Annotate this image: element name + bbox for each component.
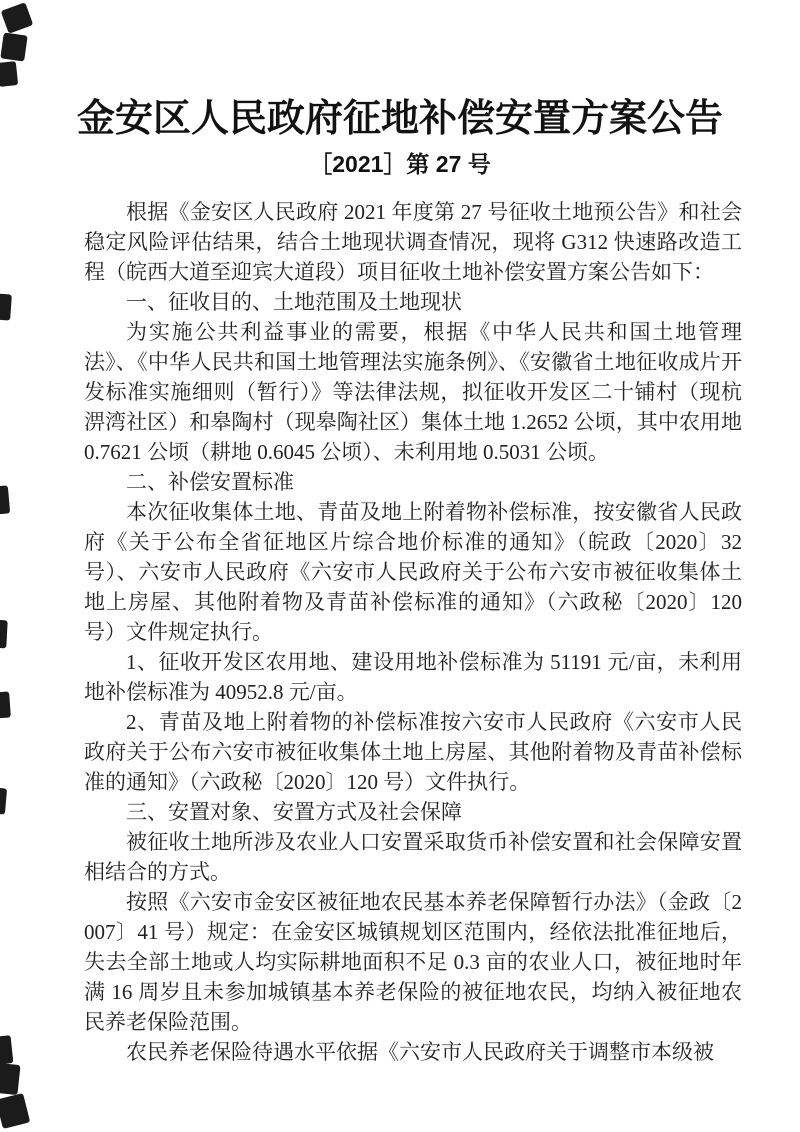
- section-3-heading: 三、安置对象、安置方式及社会保障: [84, 797, 742, 827]
- scan-artifact: [0, 61, 18, 87]
- document-page: 金安区人民政府征地补偿安置方案公告 ［2021］第 27 号 根据《金安区人民政…: [0, 0, 800, 1132]
- scan-artifact: [0, 1093, 30, 1129]
- section-2-item-2: 2、青苗及地上附着物的补偿标准按六安市人民政府《六安市人民政府关于公布六安市被征…: [84, 707, 742, 797]
- document-number: ［2021］第 27 号: [0, 151, 800, 177]
- section-2-heading: 二、补偿安置标准: [84, 467, 742, 497]
- section-2-body: 本次征收集体土地、青苗及地上附着物补偿标准，按安徽省人民政府《关于公布全省征地区…: [84, 497, 742, 647]
- section-3-body-3: 农民养老保险待遇水平依据《六安市人民政府关于调整市本级被: [84, 1037, 742, 1067]
- document-title: 金安区人民政府征地补偿安置方案公告: [0, 0, 800, 142]
- scan-artifact: [0, 691, 11, 718]
- section-1-body: 为实施公共利益事业的需要，根据《中华人民共和国土地管理法》、《中华人民共和国土地…: [84, 317, 742, 467]
- scan-artifact: [0, 1063, 21, 1095]
- intro-paragraph: 根据《金安区人民政府 2021 年度第 27 号征收土地预公告》和社会稳定风险评…: [84, 197, 742, 287]
- section-1-heading: 一、征收目的、土地范围及土地现状: [84, 287, 742, 317]
- document-body: 根据《金安区人民政府 2021 年度第 27 号征收土地预公告》和社会稳定风险评…: [0, 197, 800, 1067]
- section-2-item-1: 1、征收开发区农用地、建设用地补偿标准为 51191 元/亩，未利用地补偿标准为…: [84, 647, 742, 707]
- section-3-body-2: 按照《六安市金安区被征地农民基本养老保障暂行办法》（金政〔2007〕41 号）规…: [84, 887, 742, 1037]
- scan-artifact: [0, 293, 12, 320]
- section-3-body-1: 被征收土地所涉及农业人口安置采取货币补偿安置和社会保障安置相结合的方式。: [84, 827, 742, 887]
- scan-artifact: [0, 32, 27, 61]
